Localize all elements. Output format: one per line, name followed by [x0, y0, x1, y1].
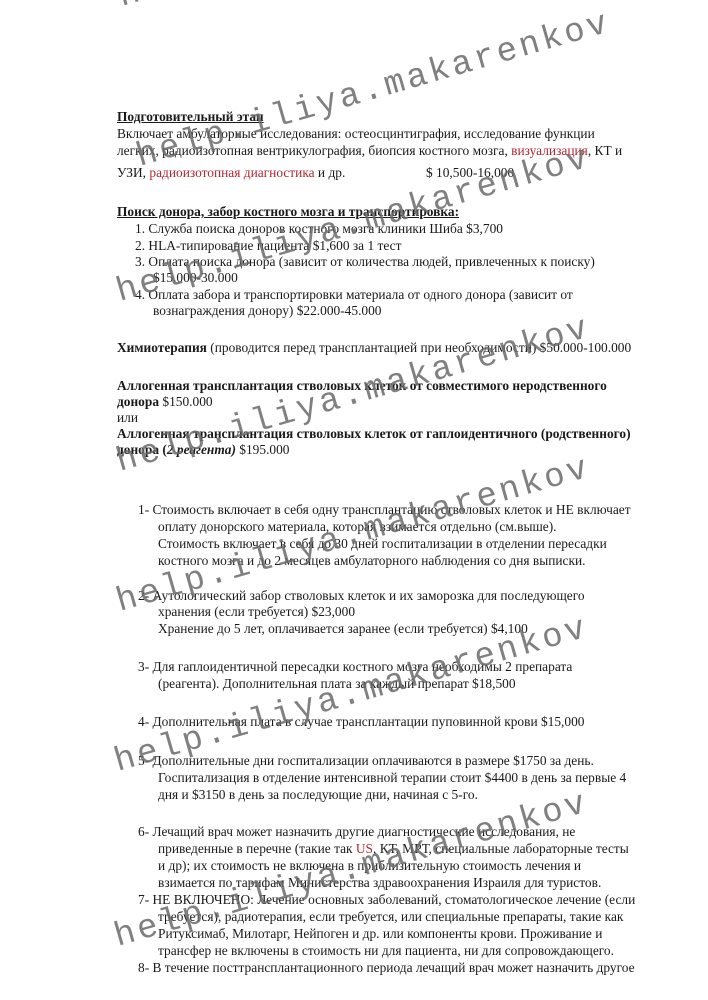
note-8-line-1: 8- В течение посттрансплантационного пер… [138, 959, 635, 976]
note-6-line-2: приведенные в перечне (такие так US, КТ,… [158, 840, 629, 857]
prep-line-2: легких, радиоизотопная вентрикулография,… [117, 142, 622, 159]
watermark: help.iliya.makarenkov [113, 620, 590, 772]
note-6-line-4: взимается по тарифам Министерства здраво… [158, 874, 601, 891]
note-5-line-1: 5- Дополнительные дни госпитализации опл… [138, 752, 594, 769]
note-1-line-1: 1- Стоимость включает в себя одну трансп… [138, 501, 631, 518]
allo1-line-1: Аллогенная трансплантация стволовых клет… [117, 377, 607, 394]
note-6-line-3: и др); их стоимость не включена в прибли… [158, 857, 581, 874]
note-3-line-2: (реагента). Дополнительная плата за кажд… [158, 675, 516, 692]
highlight-us: US [356, 841, 373, 856]
note-1-line-4: костного мозга и до 2 месяцев амбулаторн… [158, 552, 586, 569]
note-7-line-2: требуется), радиотерапия, если требуется… [158, 908, 623, 925]
prep-line-1: Включает амбулаторные исследования: осте… [117, 125, 595, 142]
document-page: Подготовительный этап Включает амбулатор… [0, 0, 708, 1000]
note-1-line-2: оплату донорского материала, которая взи… [158, 518, 557, 535]
donor-title: Поиск донора, забор костного мозга и тра… [117, 203, 459, 220]
note-5-line-2: Госпитализация в отделение интенсивной т… [158, 769, 626, 786]
donor-item-1: 1. Служба поиска доноров костного мозга … [135, 220, 503, 237]
note-2-line-3: Хранение до 5 лет, оплачивается заранее … [158, 620, 528, 637]
donor-item-4: 4. Оплата забора и транспортировки матер… [135, 286, 573, 303]
note-7-line-4: трансфер не включены в стоимость ни для … [158, 942, 614, 959]
note-6-line-1: 6- Лечащий врач может назначить другие д… [138, 823, 575, 840]
highlight-radioisotope: радиоизотопная диагностика [149, 165, 314, 180]
prep-line-3: УЗИ, радиоизотопная диагностика и др. [117, 164, 345, 181]
note-2-line-1: 2- Аутологический забор стволовых клеток… [138, 587, 585, 604]
allo2-line-2: донора (2 реагента) $195.000 [117, 441, 290, 458]
prep-price: $ 10,500-16,000 [426, 164, 514, 181]
highlight-vizualizatsiya: визуализация [511, 143, 588, 158]
chemo-line: Химиотерапия (проводится перед трансплан… [117, 339, 631, 356]
note-5-line-3: дня и $3150 в день за последующие дни, н… [158, 786, 478, 803]
watermark: help.iliya.makarenkov [117, 0, 594, 7]
note-7-line-3: Ритуксимаб, Милотарг, Нейпоген и др. или… [158, 925, 602, 942]
note-4-line-1: 4- Дополнительная плата в случае транспл… [138, 713, 584, 730]
note-1-line-3: Стоимость включает в себя до 30 дней гос… [158, 535, 607, 552]
allo1-line-2: донора $150.000 [117, 393, 213, 410]
note-7-line-1: 7- НЕ ВКЛЮЧЕНО: Лечение основных заболев… [138, 891, 635, 908]
note-2-line-2: хранения (если требуется) $23,000 [158, 603, 355, 620]
allo2-line-1: Аллогенная трансплантация стволовых клет… [117, 425, 631, 442]
donor-item-3: 3. Оплата поиска донора (зависит от коли… [135, 253, 595, 270]
donor-item-2: 2. HLA-типирование пациента $1,600 за 1 … [135, 237, 401, 254]
or-text: или [117, 409, 138, 426]
prep-title: Подготовительный этап [117, 108, 264, 125]
note-3-line-1: 3- Для гаплоидентичной пересадки костног… [138, 658, 572, 675]
donor-item-4-cont: вознаграждения донору) $22.000-45.000 [153, 302, 382, 319]
donor-item-3-cont: $15.000-30.000 [153, 269, 238, 286]
